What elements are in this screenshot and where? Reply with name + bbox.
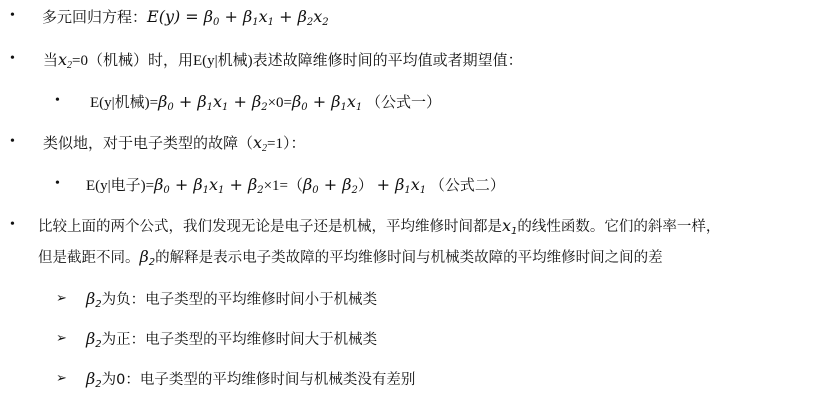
text: 比较上面的两个公式，我们发现无论是电子还是机械，平均维修时间都是 [38,219,502,235]
bullet-icon: • [10,217,15,233]
arrow-bullet-icon: ➢ [56,331,67,346]
mechanical-case: 当x2=0（机械）时，用E(y|机械)表述故障维修时间的平均值或者期望值： [43,50,523,76]
text: 为负：电子类型的平均维修时间小于机械类 [102,292,378,308]
text: 的解释是表示电子类故障的平均维修时间与机械类故障的平均维修时间之间的差 [155,250,663,266]
comparison-line-2: 但是截距不同。β2的解释是表示电子类故障的平均维修时间与机械类故障的平均维修时间… [38,247,663,273]
arrow-bullet-icon: ➢ [56,371,67,386]
variable: x [502,216,511,235]
text: 类似地，对于电子类型的故障（ [43,136,253,152]
variable: β [86,369,95,388]
formula-two: E(y|电子)=β0 + β1x1 + β2×1=（β0 + β2） + β1x… [86,175,505,201]
text: 当 [43,53,58,69]
formula-one: E(y|机械)=β0 + β1x1 + β2×0=β0 + β1x1 （公式一） [90,92,441,118]
text: 的线性函数。它们的斜率一样， [517,219,720,235]
text: 但是截距不同。 [38,250,140,266]
variable: β [140,247,149,266]
bullet-icon: • [55,93,60,109]
bullet-icon: • [10,134,15,150]
label: 多元回归方程： [42,10,147,26]
electronic-case: 类似地，对于电子类型的故障（x2=1）： [43,133,306,159]
arrow-bullet-icon: ➢ [56,291,67,306]
bullet-icon: • [10,8,15,24]
text: =1）： [267,136,305,152]
variable: x [253,133,262,152]
beta2-negative: β2为负：电子类型的平均维修时间小于机械类 [86,289,377,315]
text: =0（机械）时，用E(y|机械)表述故障维修时间的平均值或者期望值： [72,53,523,69]
regression-equation: 多元回归方程：E(y) = β0 + β1x1 + β2x2 [42,7,329,33]
text: 为正：电子类型的平均维修时间大于机械类 [102,332,378,348]
comparison-line-1: 比较上面的两个公式，我们发现无论是电子还是机械，平均维修时间都是x1的线性函数。… [38,216,720,242]
bullet-icon: • [10,51,15,67]
formula: E(y) = β0 + β1x1 + β2x2 [147,7,329,26]
variable: x [58,50,67,69]
beta2-zero: β2为0：电子类型的平均维修时间与机械类没有差别 [86,369,415,395]
variable: β [86,289,95,308]
bullet-icon: • [55,176,60,192]
text: 为0：电子类型的平均维修时间与机械类没有差别 [102,372,416,388]
beta2-positive: β2为正：电子类型的平均维修时间大于机械类 [86,329,377,355]
variable: β [86,329,95,348]
